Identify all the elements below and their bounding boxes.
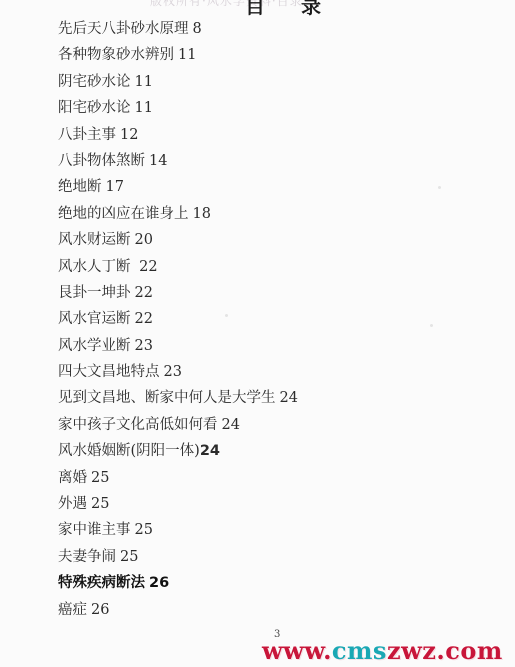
toc-entry-title: 风水人丁断 xyxy=(58,259,131,275)
toc-entry[interactable]: 风水官运断22 xyxy=(58,306,298,332)
toc-entry-page: 26 xyxy=(91,602,109,618)
toc-entry-page: 14 xyxy=(149,153,167,169)
toc-entry-title: 绝地断 xyxy=(58,179,102,195)
toc-entry[interactable]: 绝地断17 xyxy=(58,174,298,200)
toc-entry-title: 风水婚姻断(阴阳一体) xyxy=(58,443,200,459)
toc-entry-page: 24 xyxy=(200,443,220,459)
watermark-part: zwz.com xyxy=(387,636,503,665)
toc-entry[interactable]: 家中谁主事25 xyxy=(58,517,298,543)
toc-entry[interactable]: 各种物象砂水辨别11 xyxy=(58,42,298,68)
table-of-contents: 先后天八卦砂水原理8 各种物象砂水辨别11 阴宅砂水论11 阳宅砂水论11 八卦… xyxy=(58,16,298,623)
toc-entry-title: 八卦物体煞断 xyxy=(58,153,145,169)
scan-speck xyxy=(438,186,441,189)
toc-entry-title: 艮卦一坤卦 xyxy=(58,285,131,301)
toc-entry[interactable]: 风水财运断20 xyxy=(58,227,298,253)
watermark-url: www.cmszwz.com xyxy=(262,636,503,665)
toc-entry[interactable]: 先后天八卦砂水原理8 xyxy=(58,16,298,42)
toc-entry-page: 17 xyxy=(106,179,124,195)
toc-entry-title: 家中谁主事 xyxy=(58,522,131,538)
toc-entry-page: 26 xyxy=(149,575,169,591)
toc-entry-page: 23 xyxy=(164,364,182,380)
toc-entry[interactable]: 风水人丁断 22 xyxy=(58,254,298,280)
toc-entry-page: 25 xyxy=(91,470,109,486)
toc-entry[interactable]: 八卦物体煞断14 xyxy=(58,148,298,174)
toc-entry-title: 癌症 xyxy=(58,602,87,618)
toc-entry[interactable]: 绝地的凶应在谁身上18 xyxy=(58,201,298,227)
toc-entry[interactable]: 四大文昌地特点23 xyxy=(58,359,298,385)
toc-entry-title: 特殊疾病断法 xyxy=(58,575,145,591)
document-page: 版权所有·风水学资料·目录 目录 先后天八卦砂水原理8 各种物象砂水辨别11 阴… xyxy=(0,0,515,667)
toc-entry-page: 11 xyxy=(135,100,153,116)
toc-entry[interactable]: 风水婚姻断(阴阳一体)24 xyxy=(58,438,298,464)
toc-entry-title: 先后天八卦砂水原理 xyxy=(58,21,189,37)
toc-entry[interactable]: 风水学业断23 xyxy=(58,333,298,359)
toc-entry[interactable]: 阳宅砂水论11 xyxy=(58,95,298,121)
scan-speck xyxy=(225,314,228,317)
toc-entry-page: 22 xyxy=(135,311,153,327)
toc-entry-title: 见到文昌地、断家中何人是大学生 xyxy=(58,390,276,406)
toc-entry-title: 阴宅砂水论 xyxy=(58,74,131,90)
toc-entry-title: 阳宅砂水论 xyxy=(58,100,131,116)
toc-entry-title: 各种物象砂水辨别 xyxy=(58,47,174,63)
toc-entry-title: 绝地的凶应在谁身上 xyxy=(58,206,189,222)
toc-entry[interactable]: 艮卦一坤卦22 xyxy=(58,280,298,306)
toc-entry[interactable]: 外遇25 xyxy=(58,491,298,517)
toc-entry-page: 22 xyxy=(135,259,158,275)
toc-entry[interactable]: 阴宅砂水论11 xyxy=(58,69,298,95)
toc-entry-title: 风水财运断 xyxy=(58,232,131,248)
toc-entry-title: 八卦主事 xyxy=(58,127,116,143)
toc-entry-page: 25 xyxy=(135,522,153,538)
toc-entry-page: 25 xyxy=(91,496,109,512)
toc-entry[interactable]: 见到文昌地、断家中何人是大学生24 xyxy=(58,385,298,411)
watermark-part: cms xyxy=(332,636,387,665)
toc-entry[interactable]: 夫妻争闹25 xyxy=(58,544,298,570)
toc-entry-page: 8 xyxy=(193,21,202,37)
toc-entry-title: 家中孩子文化高低如何看 xyxy=(58,417,218,433)
toc-entry-page: 18 xyxy=(193,206,211,222)
toc-entry-page: 22 xyxy=(135,285,153,301)
watermark-part: www. xyxy=(262,636,332,665)
toc-entry-page: 11 xyxy=(178,47,196,63)
scan-speck xyxy=(430,324,433,327)
toc-entry-page: 25 xyxy=(120,549,138,565)
toc-entry[interactable]: 家中孩子文化高低如何看24 xyxy=(58,412,298,438)
toc-entry-title: 离婚 xyxy=(58,470,87,486)
toc-entry-page: 20 xyxy=(135,232,153,248)
toc-entry-title: 风水官运断 xyxy=(58,311,131,327)
toc-entry-title: 四大文昌地特点 xyxy=(58,364,160,380)
toc-entry-title: 外遇 xyxy=(58,496,87,512)
toc-entry-page: 24 xyxy=(280,390,298,406)
toc-entry-page: 24 xyxy=(222,417,240,433)
toc-entry-page: 11 xyxy=(135,74,153,90)
toc-entry-page: 23 xyxy=(135,338,153,354)
toc-entry[interactable]: 八卦主事12 xyxy=(58,122,298,148)
toc-entry-title: 夫妻争闹 xyxy=(58,549,116,565)
toc-entry-section-heading[interactable]: 特殊疾病断法26 xyxy=(58,570,298,596)
toc-entry[interactable]: 癌症26 xyxy=(58,597,298,623)
toc-entry-page: 12 xyxy=(120,127,138,143)
toc-entry[interactable]: 离婚25 xyxy=(58,465,298,491)
toc-entry-title: 风水学业断 xyxy=(58,338,131,354)
